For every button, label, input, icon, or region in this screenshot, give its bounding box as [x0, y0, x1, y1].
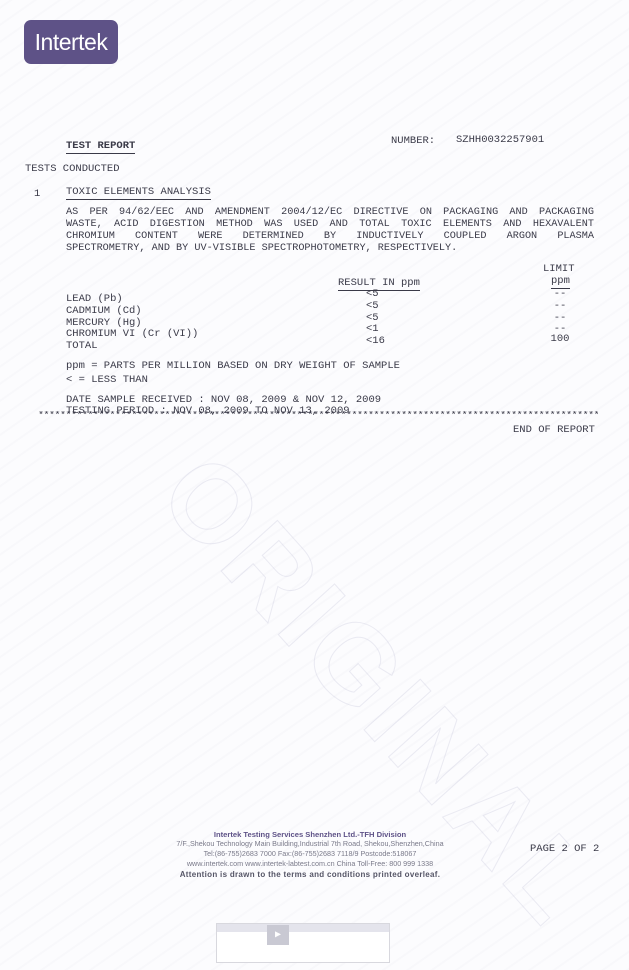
report-title: TEST REPORT — [66, 141, 135, 154]
row-name: CADMIUM (Cd) — [66, 305, 142, 317]
row-limit: 100 — [540, 333, 580, 345]
report-page: ORIGINAL Intertek TEST REPORT NUMBER: SZ… — [0, 0, 629, 970]
end-of-report: END OF REPORT — [513, 425, 595, 436]
item-number: 1 — [34, 189, 40, 200]
limit-header: LIMIT — [543, 264, 575, 275]
footer-address: 7/F.,Shekou Technology Main Building,Ind… — [150, 839, 470, 849]
separator-line: ****************************************… — [38, 411, 598, 422]
paragraph-line: SPECTROMETRY, AND BY UV-VISIBLE SPECTROP… — [66, 243, 594, 255]
footer-attention: Attention is drawn to the terms and cond… — [150, 870, 470, 879]
report-number-value: SZHH0032257901 — [456, 135, 544, 146]
row-result: <5 — [366, 288, 394, 300]
row-limit: -- — [540, 288, 580, 300]
intertek-logo: Intertek — [24, 20, 118, 64]
row-name: LEAD (Pb) — [66, 293, 123, 305]
paragraph-line: AS PER 94/62/EEC AND AMENDMENT 2004/12/E… — [66, 207, 594, 219]
ppm-definition: ppm = PARTS PER MILLION BASED ON DRY WEI… — [66, 361, 400, 372]
row-name: CHROMIUM VI (Cr (VI)) — [66, 328, 198, 340]
paragraph-line: CHROMIUM CONTENT WERE DETERMINED BY INDU… — [66, 231, 594, 243]
row-result: <16 — [366, 335, 394, 347]
progress-strip[interactable] — [217, 924, 389, 932]
method-paragraph: AS PER 94/62/EEC AND AMENDMENT 2004/12/E… — [66, 207, 594, 255]
row-result: <5 — [366, 300, 394, 312]
logo-text: Intertek — [35, 29, 108, 56]
less-than-definition: < = LESS THAN — [66, 375, 148, 386]
paragraph-line: WASTE, ACID DIGESTION METHOD WAS USED AN… — [66, 219, 594, 231]
item-title: TOXIC ELEMENTS ANALYSIS — [66, 187, 211, 200]
media-player-bar[interactable]: ▶ — [216, 923, 390, 963]
row-name: TOTAL — [66, 340, 98, 352]
row-result: <1 — [366, 323, 394, 335]
row-limit: -- — [540, 300, 580, 312]
limit-unit-header: ppm — [551, 276, 570, 289]
footer-company: Intertek Testing Services Shenzhen Ltd.-… — [150, 830, 470, 839]
footer-contact: Tel:(86-755)2683 7000 Fax:(86-755)2683 7… — [150, 849, 470, 859]
footer-web: www.intertek.com www.intertek-labtest.co… — [150, 859, 470, 869]
play-icon[interactable]: ▶ — [267, 925, 289, 945]
section-heading: TESTS CONDUCTED — [25, 164, 120, 175]
page-number: PAGE 2 OF 2 — [530, 844, 599, 855]
report-number-label: NUMBER: — [391, 136, 435, 147]
date-sample-received: DATE SAMPLE RECEIVED : NOV 08, 2009 & NO… — [66, 395, 381, 406]
footer: Intertek Testing Services Shenzhen Ltd.-… — [150, 830, 470, 879]
